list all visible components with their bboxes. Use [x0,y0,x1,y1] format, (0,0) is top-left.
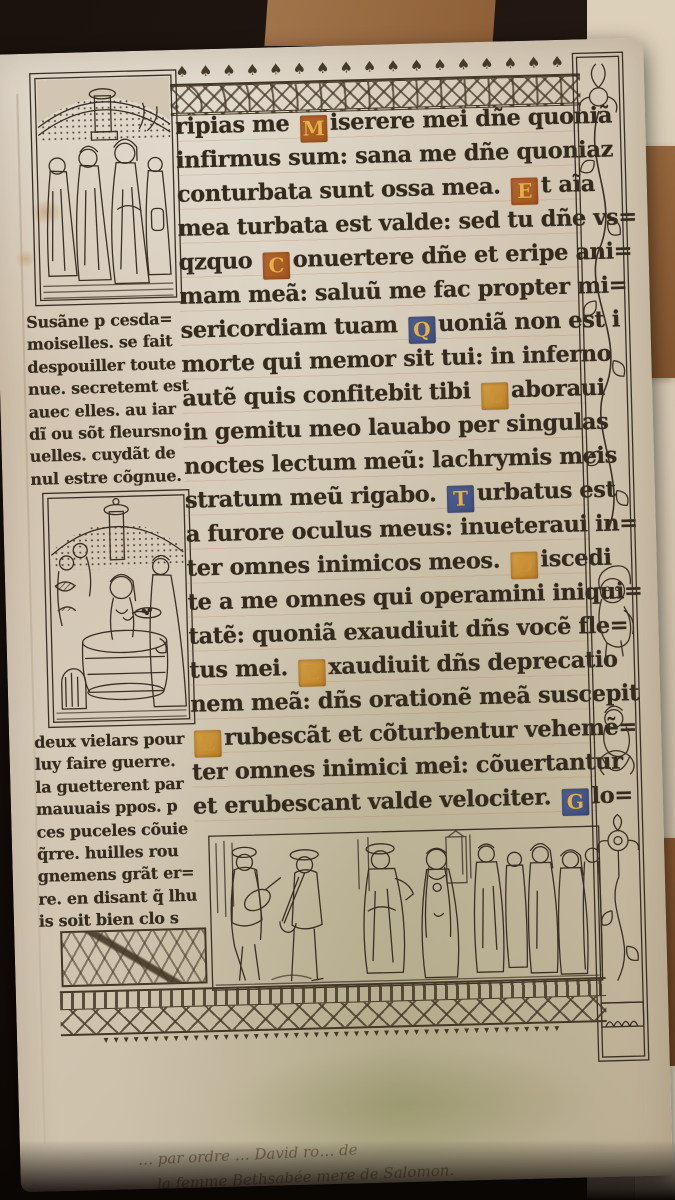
susanna-elders-woodcut-image [28,68,184,308]
illuminated-initial: M [300,115,328,143]
illuminated-initial: L [481,382,509,410]
kraft-paper-top [264,0,495,46]
illuminated-initial: D [510,552,538,580]
margin-note-susanna-2: deux vielars pourluy faire guerre.la gue… [34,727,211,933]
susanna-bathing-woodcut-image [41,488,197,730]
illuminated-initial: T [447,485,475,513]
text-line: nul estre cõgnue. [30,464,199,491]
susanna-elders-woodcut [28,68,184,308]
procession-woodcut [208,825,604,991]
illuminated-initial: E [298,659,326,687]
illuminated-initial: E [194,730,222,758]
illuminated-initial: E [511,177,539,205]
text-line: ces puceles cõuie [36,817,209,844]
susanna-bathing-woodcut [41,488,197,730]
latin-text-block: ripias me Miserere mei dñe quoniãinfirmu… [175,99,598,823]
corner-leaf-ornament [60,927,207,987]
margin-note-susanna-1: Susãne p cesda=moiselles. se faitdespoui… [26,308,199,492]
illuminated-initial: Q [408,316,436,344]
bottom-woodcut-border: ▾▾▾▾▾▾▾▾▾▾▾▾▾▾▾▾▾▾▾▾▾▾▾▾▾▾▾▾▾▾▾▾▾▾▾▾▾▾▾▾… [60,977,607,1052]
vellum-leaf: ♠♠♠♠♠♠♠♠♠♠♠♠♠♠♠♠♠ [0,38,673,1193]
table-shadow [0,1140,675,1200]
text-line: la guetterent par [35,772,208,799]
illuminated-initial: G [561,788,589,816]
manuscript-photo: ♠♠♠♠♠♠♠♠♠♠♠♠♠♠♠♠♠ [0,0,675,1200]
illuminated-initial: C [263,252,291,280]
procession-woodcut-image [208,825,604,991]
